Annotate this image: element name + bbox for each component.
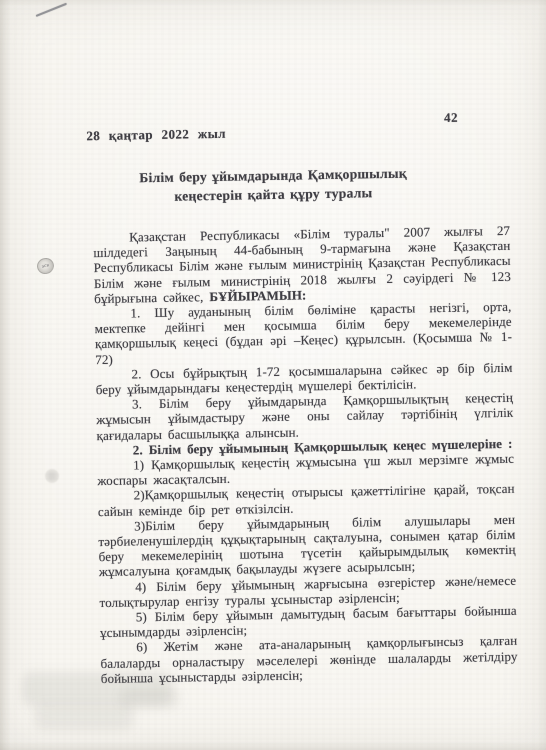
document-date: 28 қаңтар 2022 жыл bbox=[86, 126, 226, 144]
document-body: Қазақстан Республикасы «Білім туралы" 20… bbox=[93, 223, 518, 686]
preamble-paragraph: Қазақстан Республикасы «Білім туралы" 20… bbox=[93, 223, 511, 306]
page-number: 42 bbox=[444, 110, 458, 126]
scanned-document-page: әсв 42 28 қаңтар 2022 жыл Білім беру ұйы… bbox=[0, 0, 546, 750]
section2-subpoint-6: 6) Жетім және ата-аналарының қамқорлығын… bbox=[100, 633, 518, 686]
decree-word: БҰЙЫРАМЫН: bbox=[209, 287, 306, 304]
order-point-3: 3. Білім беру ұйымдарында Қамқоршылықтың… bbox=[96, 390, 514, 443]
section2-subpoint-3: 3)Білім беру ұйымдарының білім алушылары… bbox=[98, 512, 516, 580]
document-content: 42 28 қаңтар 2022 жыл Білім беру ұйымдар… bbox=[0, 0, 546, 750]
order-point-1: 1. Шу ауданының білім бөліміне қарасты н… bbox=[94, 299, 512, 367]
document-title: Білім беру ұйымдарында Қамқоршылық кеңес… bbox=[42, 162, 505, 208]
